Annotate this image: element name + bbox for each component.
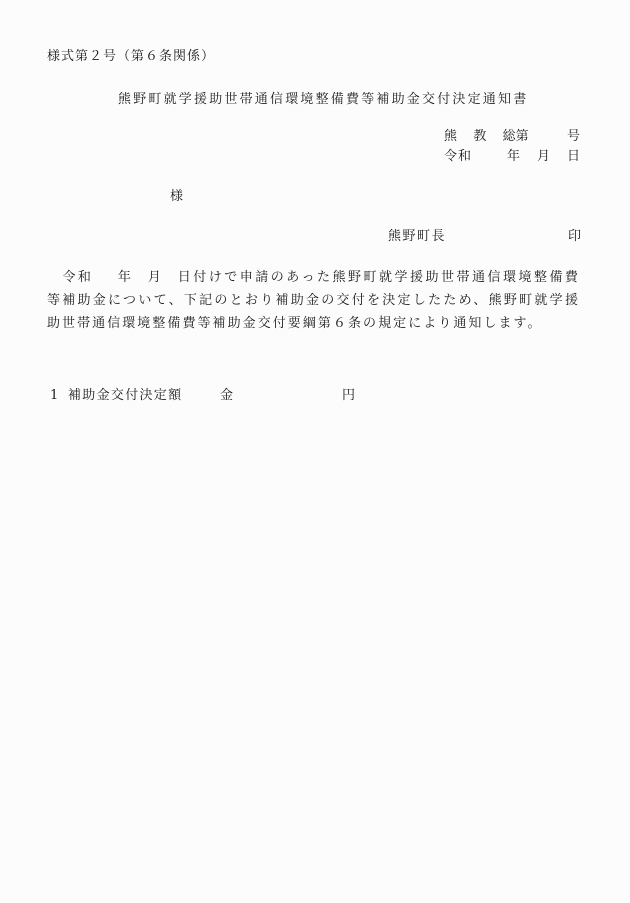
body-era: 令和 <box>62 270 93 285</box>
document-title: 熊野町就学援助世帯通信環境整備費等補助金交付決定通知書 <box>118 92 528 108</box>
document-number: 熊 教 総第 号 <box>444 129 580 145</box>
form-number: 様式第２号（第６条関係） <box>47 49 215 65</box>
body-paragraph: 令和年月日付けで申請のあった熊野町就学援助世帯通信環境整備費等補助金について、下… <box>47 266 580 335</box>
doc-number-part: 熊 <box>444 129 457 145</box>
body-month: 月 <box>147 270 163 285</box>
doc-number-part: 教 <box>473 129 486 145</box>
issue-date: 令和 年 月 日 <box>444 149 580 165</box>
item-unit: 円 <box>342 388 355 404</box>
body-year: 年 <box>117 270 133 285</box>
issuer-name: 熊野町長 <box>388 229 446 245</box>
date-day: 日 <box>567 149 580 165</box>
item-label: 補助金交付決定額 <box>68 388 182 404</box>
date-era: 令和 <box>444 149 472 165</box>
date-month: 月 <box>537 149 550 165</box>
item-number: 1 <box>50 388 58 404</box>
doc-number-part: 総第 <box>503 129 529 145</box>
date-year: 年 <box>507 149 520 165</box>
seal-mark: 印 <box>568 229 581 245</box>
doc-number-part: 号 <box>567 129 580 145</box>
recipient-suffix: 様 <box>170 189 183 205</box>
item-prefix: 金 <box>220 388 233 404</box>
